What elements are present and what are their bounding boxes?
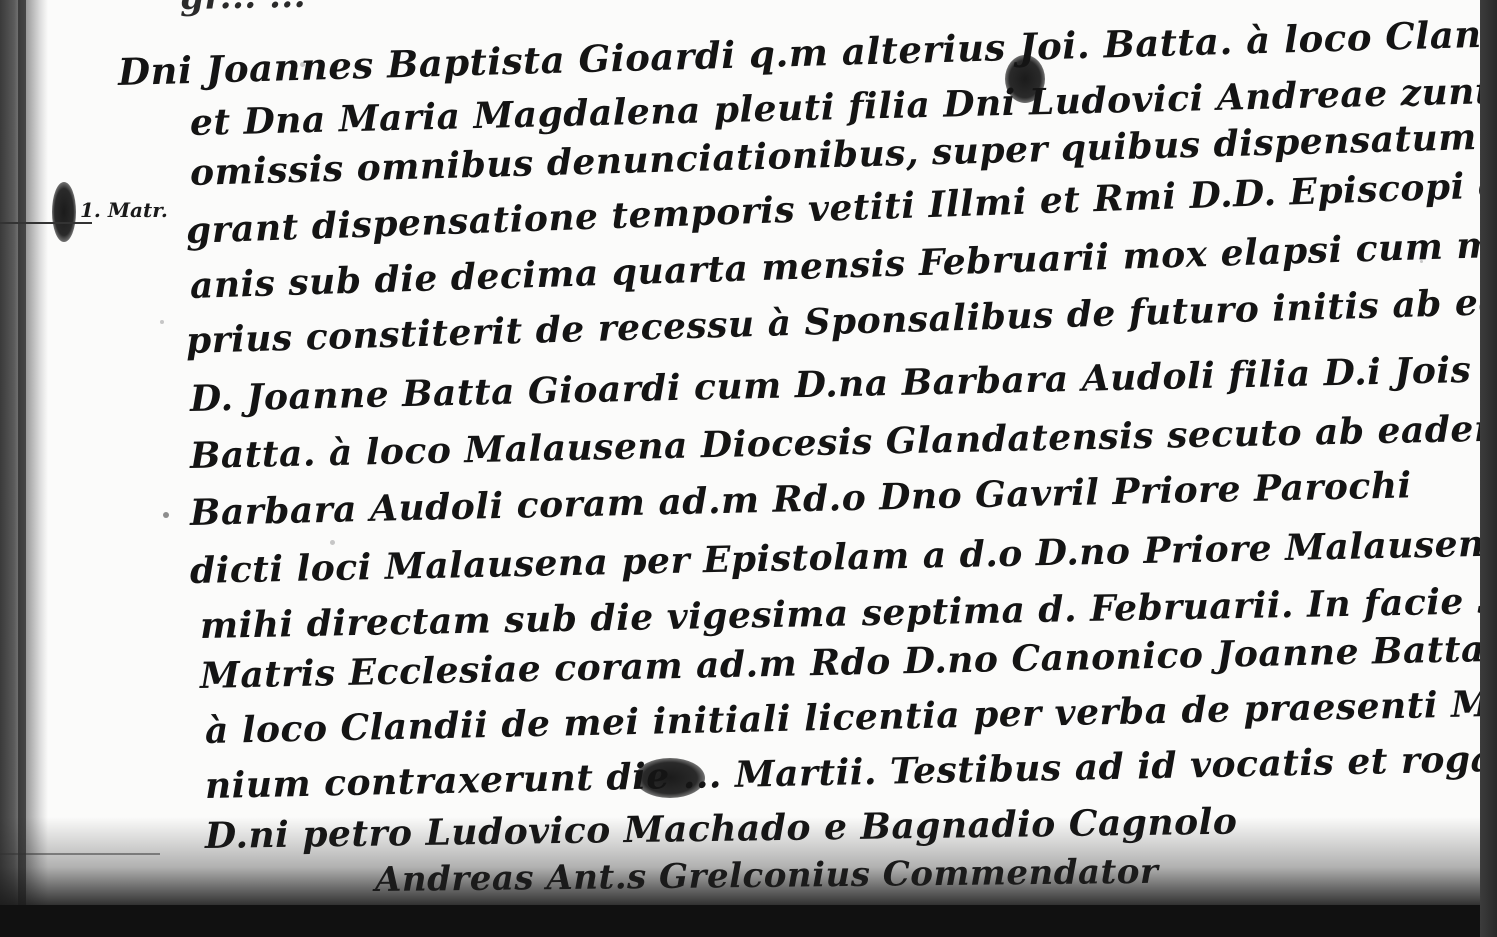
margin-note: 1. Matr.: [80, 198, 168, 222]
right-page-edge: [1480, 0, 1497, 937]
manuscript-line-7: D. Joanne Batta Gioardi cum D.na Barbara…: [190, 349, 1472, 420]
margin-note-text: Matr.: [108, 198, 168, 222]
binding-crease: [18, 0, 26, 905]
paper-speck: [160, 320, 164, 324]
manuscript-page: 1. Matr. gr... ... Dni Joannes Baptista …: [0, 0, 1480, 905]
paper-speck: [330, 540, 335, 545]
manuscript-line-9: Barbara Audoli coram ad.m Rd.o Dno Gavri…: [190, 464, 1413, 534]
manuscript-line-0: gr... ...: [180, 0, 307, 18]
margin-rule: [0, 222, 92, 224]
ink-blot: [52, 182, 76, 242]
bottom-shadow: [0, 817, 1480, 905]
paper-speck: [163, 512, 169, 518]
manuscript-line-10: dicti loci Malausena per Epistolam a d.o…: [190, 522, 1480, 592]
margin-note-prefix: 1.: [80, 198, 101, 222]
